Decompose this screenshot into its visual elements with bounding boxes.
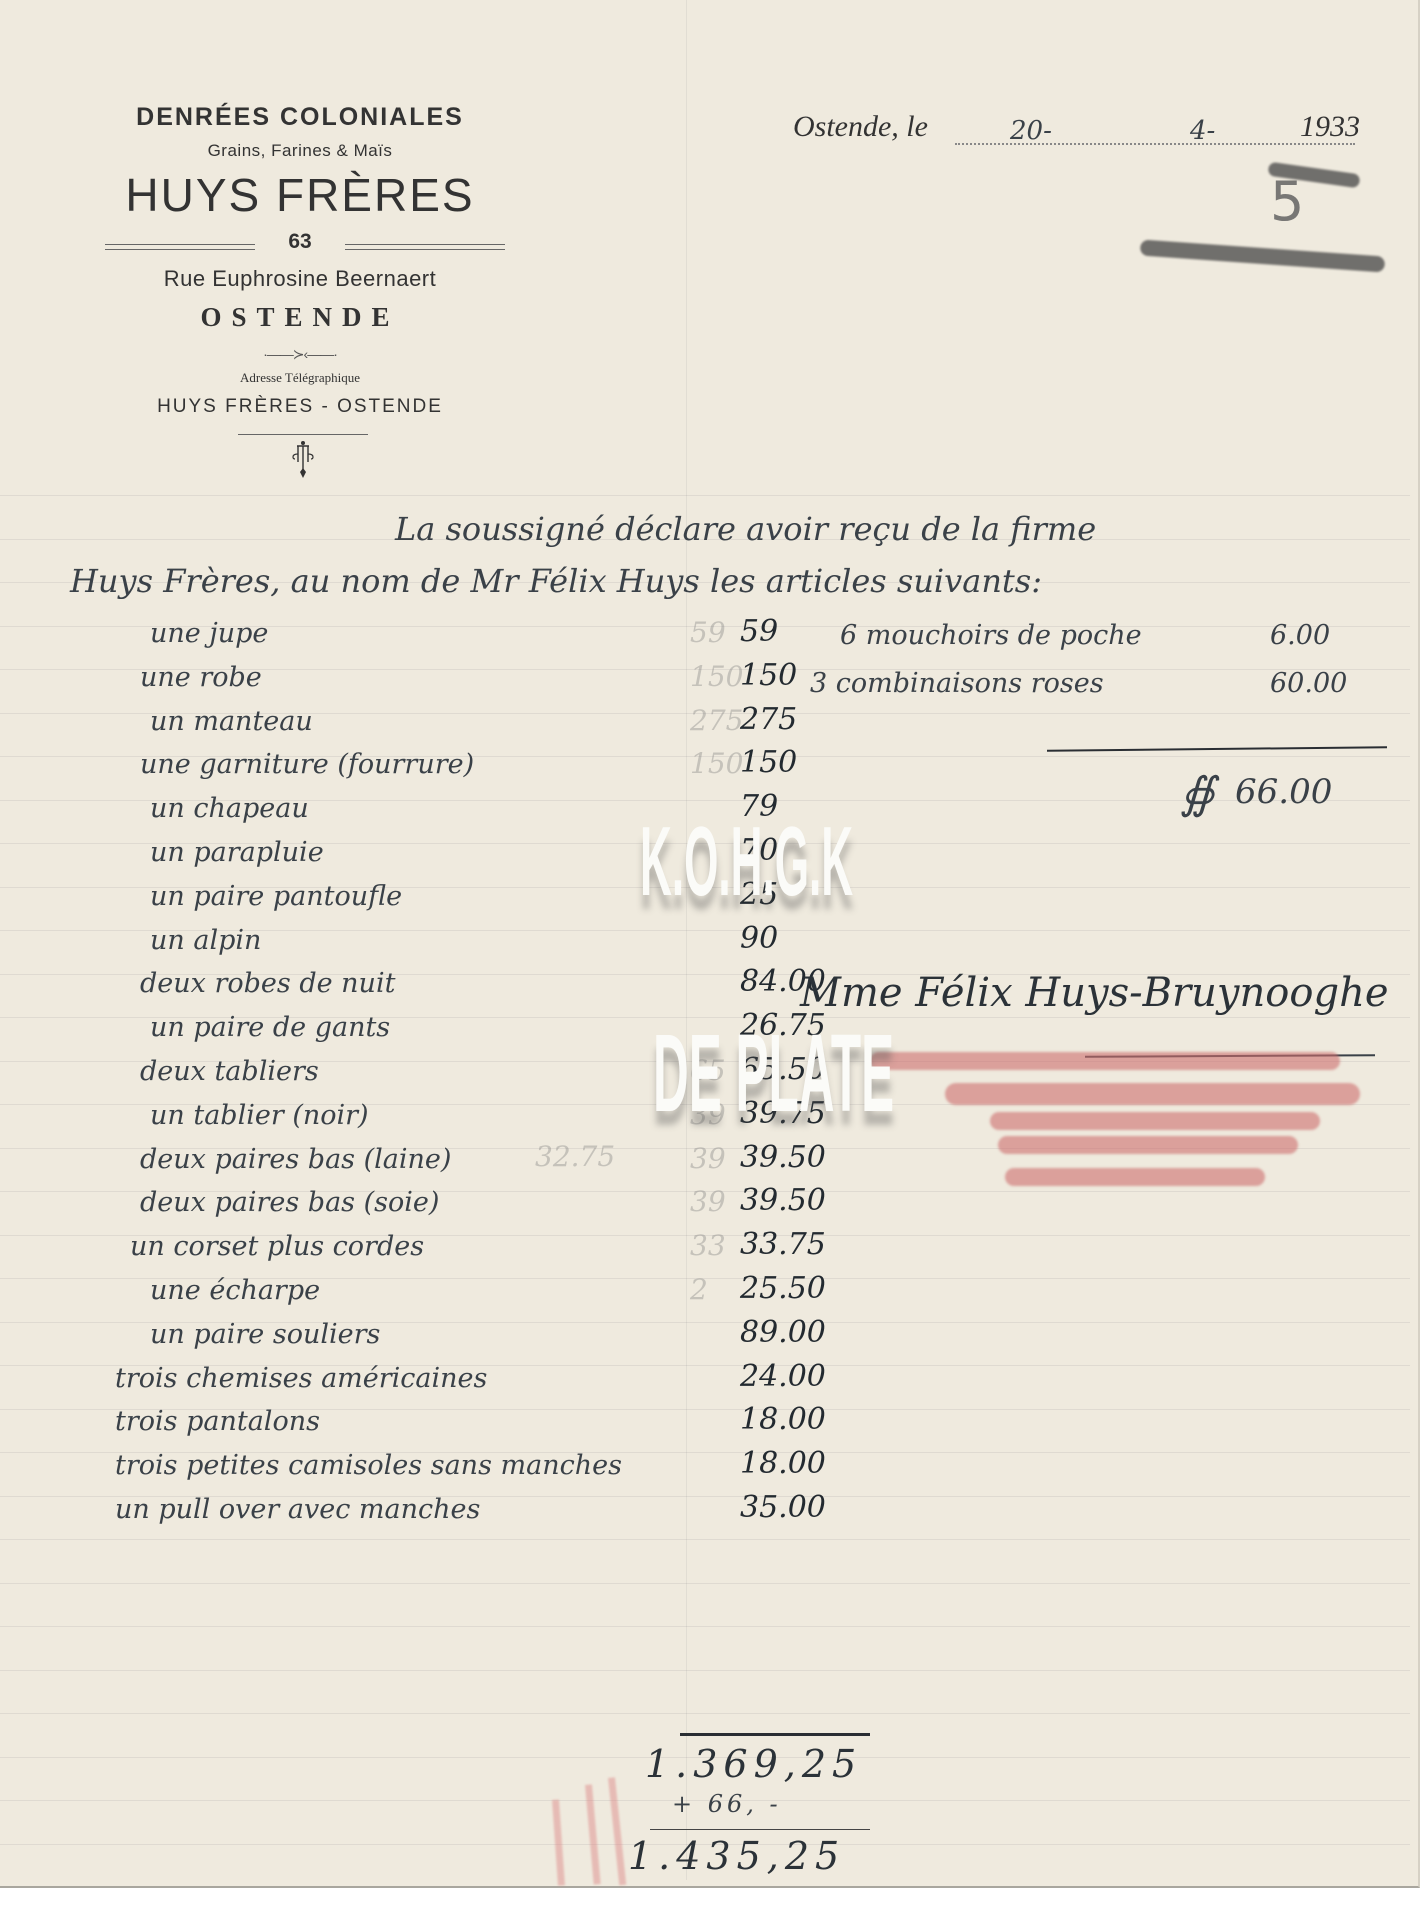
item-description: trois chemises américaines [115, 1363, 487, 1394]
date-prefix: Ostende, le [793, 110, 928, 144]
item-description: une jupe [150, 618, 268, 649]
telegraph-label: Adresse Télégraphique [90, 370, 510, 386]
red-mark-3 [608, 1777, 626, 1885]
item-description: deux tabliers [140, 1056, 319, 1087]
red-crayon-stroke-4 [998, 1136, 1298, 1154]
extra-item-2-desc: 3 combinaisons roses [810, 668, 1104, 699]
extra-item-1-desc: 6 mouchoirs de poche [840, 620, 1142, 651]
intro-line-2: Huys Frères, au nom de Mr Félix Huys les… [70, 562, 1042, 600]
item-description: deux paires bas (laine) [140, 1144, 451, 1175]
receipt-paper: DENRÉES COLONIALES Grains, Farines & Maï… [0, 0, 1420, 1888]
letterhead-double-rule-right [345, 244, 505, 250]
watermark-de-plate: DE PLATE [653, 1010, 894, 1137]
extra-total-rule [1047, 746, 1387, 752]
red-mark-1 [552, 1800, 565, 1886]
extra-item-1-amount: 6.00 [1270, 620, 1330, 651]
letterhead-rule [238, 434, 368, 435]
item-amount: 59 [740, 614, 778, 649]
item-amount: 18.00 [740, 1402, 826, 1437]
item-amount: 150 [740, 658, 797, 693]
column-rule [686, 0, 687, 1880]
item-description: un alpin [150, 925, 261, 956]
item-amount: 33.75 [740, 1227, 826, 1262]
subtotal-rule [680, 1733, 870, 1736]
item-amount: 150 [740, 745, 797, 780]
ruled-line [0, 1539, 1410, 1540]
item-description: deux paires bas (soie) [140, 1187, 439, 1218]
item-amount: 39.50 [740, 1183, 826, 1218]
extra-total-symbol: ∯ [1180, 768, 1215, 819]
total-rule [650, 1829, 870, 1830]
date-year: 1933 [1300, 110, 1360, 144]
letterhead-street-number: 63 [90, 230, 510, 254]
ruled-line [0, 495, 1410, 496]
item-description: une robe [140, 662, 262, 693]
letterhead-goods: Grains, Farines & Maïs [90, 141, 510, 161]
intro-line-1: La soussigné déclare avoir reçu de la fi… [395, 510, 1096, 548]
date-day: 20- [1010, 116, 1052, 146]
item-faint-pencil-amount: 59 [690, 616, 726, 649]
red-crayon-stroke-1 [870, 1052, 1340, 1070]
grand-total: 1.435,25 [628, 1834, 845, 1878]
item-description: un paire souliers [150, 1319, 380, 1350]
letterhead-city: OSTENDE [90, 302, 510, 333]
item-faint-pencil-amount: 33 [690, 1229, 726, 1262]
red-crayon-stroke-3 [990, 1112, 1320, 1130]
item-description: un corset plus cordes [130, 1231, 424, 1262]
fleuron-ornament-icon [288, 440, 318, 480]
item-description: un manteau [150, 706, 313, 737]
watermark-kohgk: K.O.H.G.K [640, 805, 853, 918]
item-description: un parapluie [150, 837, 324, 868]
item-description: une garniture (fourrure) [140, 749, 474, 780]
extra-item-2-amount: 60.00 [1270, 668, 1347, 699]
addition: + 66, - [672, 1790, 782, 1818]
pencil-mark: 5 [1270, 170, 1304, 233]
ornament-divider-icon: ·——≻‹——· [90, 346, 510, 363]
item-description: trois petites camisoles sans manches [115, 1450, 622, 1481]
red-crayon-stroke-5 [1005, 1168, 1265, 1186]
letterhead-street: Rue Euphrosine Beernaert [90, 266, 510, 292]
item-amount: 24.00 [740, 1359, 826, 1394]
item-description: un pull over avec manches [115, 1494, 480, 1525]
date-month: 4- [1190, 116, 1215, 146]
item-description: un paire pantoufle [150, 881, 402, 912]
side-note: 32.75 [535, 1140, 615, 1173]
item-description: deux robes de nuit [140, 968, 395, 999]
item-description: une écharpe [150, 1275, 320, 1306]
item-amount: 25.50 [740, 1271, 826, 1306]
telegraph-address: HUYS FRÈRES - OSTENDE [90, 396, 510, 418]
red-crayon-stroke-2 [945, 1083, 1360, 1105]
ruled-line [0, 1583, 1410, 1584]
letterhead-company: HUYS FRÈRES [90, 168, 510, 222]
item-description: un tablier (noir) [150, 1100, 369, 1131]
item-description: un chapeau [150, 793, 309, 824]
item-faint-pencil-amount: 150 [690, 747, 743, 780]
extra-total-amount: 66.00 [1235, 772, 1332, 812]
pencil-underline [1140, 239, 1386, 272]
letterhead-trade: DENRÉES COLONIALES [90, 103, 510, 132]
item-description: un paire de gants [150, 1012, 390, 1043]
item-amount: 90 [740, 921, 778, 956]
item-faint-pencil-amount: 2 [690, 1273, 708, 1306]
subtotal: 1.369,25 [645, 1742, 862, 1786]
item-faint-pencil-amount: 275 [690, 704, 743, 737]
item-amount: 35.00 [740, 1490, 826, 1525]
ruled-line [0, 1713, 1410, 1714]
item-amount: 18.00 [740, 1446, 826, 1481]
item-amount: 89.00 [740, 1315, 826, 1350]
item-amount: 39.50 [740, 1140, 826, 1175]
item-faint-pencil-amount: 39 [690, 1185, 726, 1218]
ruled-line [0, 1626, 1410, 1627]
item-description: trois pantalons [115, 1406, 320, 1437]
ruled-line [0, 1670, 1410, 1671]
item-amount: 275 [740, 702, 797, 737]
item-faint-pencil-amount: 150 [690, 660, 743, 693]
item-faint-pencil-amount: 39 [690, 1142, 726, 1175]
